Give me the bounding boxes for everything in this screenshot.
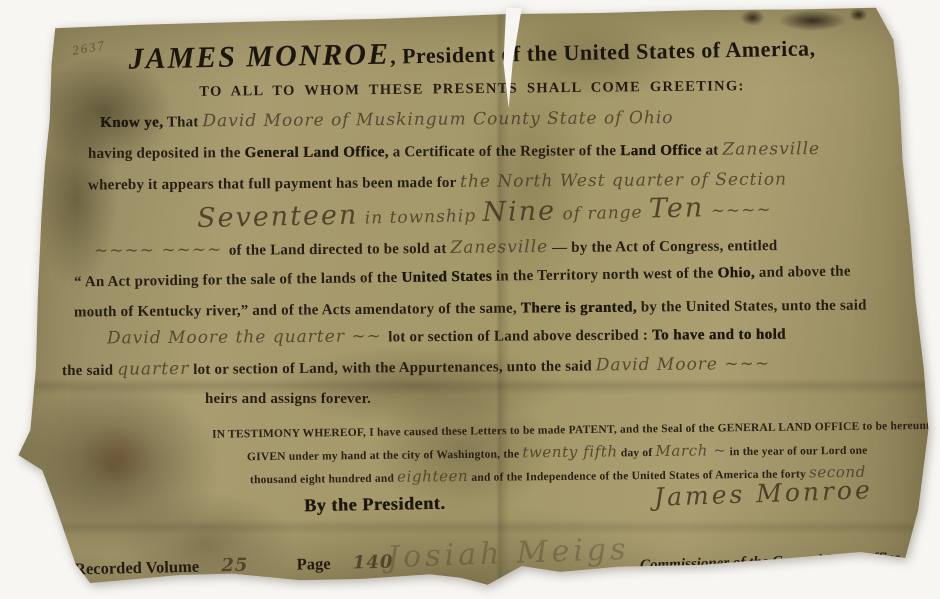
handwritten-text: the North West quarter of Section [460, 170, 787, 192]
handwritten-text: twenty fifth [522, 442, 618, 461]
line-given: GIVEN under my hand at the city of Washi… [247, 442, 868, 464]
handwritten-text: Seventeen [197, 200, 359, 234]
president-name: JAMES MONROE [128, 38, 390, 76]
printed-text: That [163, 114, 202, 130]
parchment-sheet: 2637 JAMES MONROE, President of the Unit… [12, 6, 932, 590]
volume-number: 25 [221, 555, 248, 577]
line-township: Seventeen in township Nine of range Ten … [197, 193, 772, 232]
handwritten-text: ~~~~ ~~~~ [94, 240, 229, 261]
handwritten-text: David Moore the quarter ~~ [107, 326, 388, 348]
printed-text: the said [62, 363, 117, 379]
printed-text: mouth of Kentucky river,” and of the Act… [74, 301, 521, 321]
printed-text: GIVEN under my hand at the city of Washi… [247, 448, 522, 463]
line-appurtenances: the said quarter lot or section of Land,… [62, 356, 770, 379]
line-directed: ~~~~ ~~~~ of the Land directed to be sol… [94, 237, 777, 260]
printed-text: lot or section of Land above described : [388, 328, 652, 346]
line-act-1: “ An Act providing for the sale of the l… [74, 265, 851, 291]
land-patent-document: 2637 JAMES MONROE, President of the Unit… [0, 0, 940, 599]
handwritten-text: of range [556, 203, 649, 225]
printed-text: heirs and assigns forever. [205, 391, 371, 407]
handwritten-text: Nine [482, 196, 556, 229]
printed-text: in the year of our Lord one [726, 445, 867, 458]
printed-text: Ohio, [717, 265, 755, 282]
line-heirs: heirs and assigns forever. [205, 392, 371, 407]
printed-text: lot or section of Land, with the Appurte… [189, 358, 596, 378]
handwritten-text: in township [358, 206, 483, 229]
line-deposited: having deposited in the General Land Off… [88, 141, 820, 162]
printed-text: a Certificate of the Register of the [389, 143, 620, 160]
handwritten-ex-mark: Ex [277, 576, 299, 594]
line-know-ye: Know ye, That David Moore of Muskingum C… [100, 110, 674, 131]
page-label: Page [296, 554, 330, 574]
printed-text: thousand eight hundred and [250, 473, 397, 487]
printed-text: There is granted, [521, 300, 637, 317]
handwritten-text: ~~~~ [704, 200, 772, 221]
line-act-2: mouth of Kentucky river,” and of the Act… [74, 299, 867, 321]
printed-text: General Land Office, [244, 144, 388, 161]
printed-text: by the United States, unto the said [637, 298, 867, 316]
line-payment: whereby it appears that full payment has… [88, 172, 787, 194]
handwritten-text: David Moore ~~~ [596, 354, 770, 376]
greeting-line: TO ALL TO WHOM THESE PRESENTS SHALL COME… [12, 76, 932, 103]
printed-text: “ An Act providing for the sale of the l… [74, 270, 402, 291]
printed-text: having deposited in the [88, 145, 245, 162]
commissioner-signature: Josiah Meigs [386, 532, 630, 575]
line-testimony: IN TESTIMONY WHEREOF, I have caused thes… [212, 417, 940, 441]
printed-text: at [702, 143, 723, 159]
photo-background: { "colors": { "background": "#f7f6f3", "… [0, 0, 940, 599]
handwritten-text: Zanesville [722, 139, 820, 160]
printed-text: of the Land directed to be sold at [229, 241, 451, 259]
by-the-president-label: By the President. [304, 493, 446, 516]
document-title: JAMES MONROE, President of the United St… [12, 27, 932, 79]
printed-text: IN TESTIMONY WHEREOF, I have caused thes… [212, 419, 940, 440]
handwritten-text: quarter [117, 359, 189, 380]
line-granted-to: David Moore the quarter ~~ lot or sectio… [107, 326, 786, 348]
president-title-text: , President of the United States of Amer… [390, 35, 816, 68]
commissioner-title: Commissioner of the General Land Office. [640, 550, 904, 574]
handwritten-text: eighteen [397, 467, 468, 486]
printed-text: whereby it appears that full payment has… [88, 175, 460, 194]
printed-text: Know ye, [100, 115, 163, 131]
handwritten-text: Ten [649, 192, 705, 224]
handwritten-text: Zanesville [450, 237, 548, 258]
printed-text: and above the [755, 264, 851, 281]
printed-text: — by the Act of Congress, entitled [548, 238, 777, 256]
recorded-volume-line: Recorded Volume 25 Page 140 [74, 552, 394, 580]
printed-text: United States [401, 269, 492, 286]
printed-text: To have and to hold [652, 327, 786, 344]
printed-text: in the Territory north west of the [492, 265, 718, 284]
handwritten-text: March ~ [655, 441, 726, 460]
james-monroe-signature: James Monroe [654, 475, 874, 512]
printed-text: Land Office [620, 143, 702, 159]
recorded-volume-label: Recorded Volume [74, 557, 199, 579]
document-content: 2637 JAMES MONROE, President of the Unit… [12, 6, 932, 590]
printed-text: day of [618, 447, 656, 459]
handwritten-text: David Moore of Muskingum County State of… [202, 108, 673, 131]
